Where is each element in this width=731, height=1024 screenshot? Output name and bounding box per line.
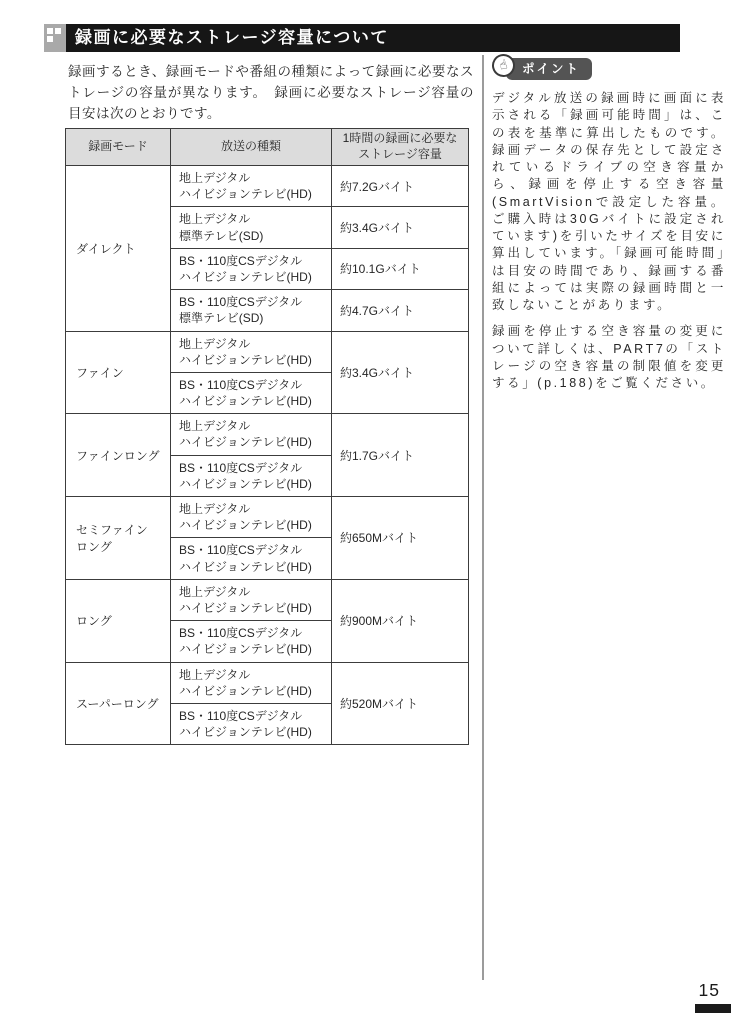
page-number: 15 — [699, 980, 720, 1001]
capacity-cell: 約3.4Gバイト — [332, 331, 469, 414]
point-badge-row: ポイント ☝ — [506, 58, 726, 82]
broadcast-cell: 地上デジタル ハイビジョンテレビ(HD) — [171, 662, 332, 703]
mode-cell: スーパーロング — [66, 662, 171, 745]
mode-cell: ロング — [66, 579, 171, 662]
point-paragraph: デジタル放送の録画時に画面に表示される「録画可能時間」は、この表を基準に算出した… — [492, 90, 726, 314]
manual-page: 録画に必要なストレージ容量について 録画するとき、録画モードや番組の種類によって… — [0, 0, 731, 1024]
col-header-mode: 録画モード — [66, 129, 171, 166]
table-row: スーパーロング 地上デジタル ハイビジョンテレビ(HD) 約520Mバイト — [66, 662, 469, 703]
capacity-cell: 約900Mバイト — [332, 579, 469, 662]
broadcast-cell: BS・110度CSデジタル ハイビジョンテレビ(HD) — [171, 372, 332, 413]
point-sidebar: ポイント ☝ デジタル放送の録画時に画面に表示される「録画可能時間」は、この表を… — [492, 58, 726, 401]
mode-cell: ダイレクト — [66, 166, 171, 332]
capacity-cell: 約7.2Gバイト — [332, 166, 469, 207]
broadcast-cell: BS・110度CSデジタル ハイビジョンテレビ(HD) — [171, 455, 332, 496]
broadcast-cell: BS・110度CSデジタル ハイビジョンテレビ(HD) — [171, 248, 332, 289]
capacity-cell: 約1.7Gバイト — [332, 414, 469, 497]
footer-bar — [695, 1004, 731, 1013]
table-row: ファインロング 地上デジタル ハイビジョンテレビ(HD) 約1.7Gバイト — [66, 414, 469, 455]
table-row: セミファイン ロング 地上デジタル ハイビジョンテレビ(HD) 約650Mバイト — [66, 497, 469, 538]
table-row: ロング 地上デジタル ハイビジョンテレビ(HD) 約900Mバイト — [66, 579, 469, 620]
table-row: ダイレクト 地上デジタル ハイビジョンテレビ(HD) 約7.2Gバイト — [66, 166, 469, 207]
table-header-row: 録画モード 放送の種類 1時間の録画に必要な ストレージ容量 — [66, 129, 469, 166]
section-marker-icon — [44, 24, 66, 52]
table-row: ファイン 地上デジタル ハイビジョンテレビ(HD) 約3.4Gバイト — [66, 331, 469, 372]
broadcast-cell: 地上デジタル ハイビジョンテレビ(HD) — [171, 166, 332, 207]
point-badge: ポイント — [506, 58, 592, 80]
col-header-capacity: 1時間の録画に必要な ストレージ容量 — [332, 129, 469, 166]
mode-cell: セミファイン ロング — [66, 497, 171, 580]
broadcast-cell: 地上デジタル ハイビジョンテレビ(HD) — [171, 414, 332, 455]
page-title: 録画に必要なストレージ容量について — [66, 24, 680, 52]
point-paragraph: 録画を停止する空き容量の変更について詳しくは、PART7の「ストレージの空き容量… — [492, 323, 726, 392]
capacity-cell: 約3.4Gバイト — [332, 207, 469, 248]
broadcast-cell: BS・110度CSデジタル 標準テレビ(SD) — [171, 290, 332, 331]
mode-cell: ファイン — [66, 331, 171, 414]
broadcast-cell: BS・110度CSデジタル ハイビジョンテレビ(HD) — [171, 538, 332, 579]
capacity-cell: 約10.1Gバイト — [332, 248, 469, 289]
capacity-cell: 約520Mバイト — [332, 662, 469, 745]
mode-cell: ファインロング — [66, 414, 171, 497]
broadcast-cell: BS・110度CSデジタル ハイビジョンテレビ(HD) — [171, 703, 332, 744]
capacity-cell: 約650Mバイト — [332, 497, 469, 580]
storage-capacity-table: 録画モード 放送の種類 1時間の録画に必要な ストレージ容量 ダイレクト 地上デ… — [65, 128, 469, 745]
capacity-cell: 約4.7Gバイト — [332, 290, 469, 331]
broadcast-cell: 地上デジタル ハイビジョンテレビ(HD) — [171, 579, 332, 620]
broadcast-cell: 地上デジタル ハイビジョンテレビ(HD) — [171, 497, 332, 538]
broadcast-cell: BS・110度CSデジタル ハイビジョンテレビ(HD) — [171, 621, 332, 662]
broadcast-cell: 地上デジタル 標準テレビ(SD) — [171, 207, 332, 248]
vertical-divider — [482, 55, 484, 980]
section-header: 録画に必要なストレージ容量について — [44, 24, 680, 52]
col-header-broadcast: 放送の種類 — [171, 129, 332, 166]
broadcast-cell: 地上デジタル ハイビジョンテレビ(HD) — [171, 331, 332, 372]
intro-text: 録画するとき、録画モードや番組の種類によって録画に必要なストレージの容量が異なり… — [68, 61, 474, 124]
